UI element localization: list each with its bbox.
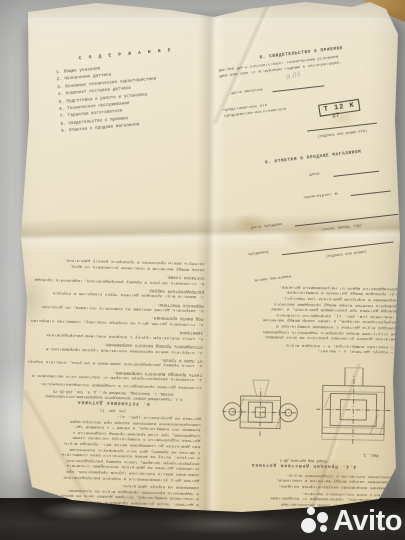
price-label: Цена — [309, 173, 320, 180]
avito-logo-dot — [307, 507, 315, 515]
text-line: 8. Установить бегунок и крышку распредел… — [28, 269, 204, 285]
date-blank-line — [272, 82, 324, 93]
install-steps: 1. Отключить аккумуляторную батарею от б… — [26, 269, 205, 381]
contents-list: 1. Общие указания2. Назначение датчика3.… — [56, 58, 203, 137]
otk-representative-label: Представитель ОТКпредприятия-изготовител… — [223, 102, 288, 120]
design-bullets: — снижение напряжения аккумуляторной бат… — [210, 469, 396, 489]
stamp-blank-line — [306, 119, 376, 132]
otk-stamp-area: Т 12 К 27 (подпись или штамп ОТК) — [296, 91, 384, 142]
text-line: 7. Вывести жгут проводов датчика через о… — [28, 283, 204, 299]
pricelist-label: Прейскурант № — [304, 192, 338, 201]
crease-highlight — [20, 18, 400, 44]
page-installation-flipped: в датчике. После установки проверить заз… — [23, 242, 206, 507]
page-design-flipped: Датчик ДМ-1 представляет собой бесконтак… — [210, 240, 401, 507]
install-paragraph: Датчик ДМ-1 устанавливается в корпусе ра… — [23, 410, 201, 482]
figure-legend: 1 — корпус датчика; 2 — магнит;3 — пласт… — [212, 340, 398, 354]
text-line: 2. Снять крышку распределителя зажигания… — [26, 352, 202, 368]
listing-photo: С О Д Е Р Ж А Н И Е 1. Общие указания2. … — [0, 0, 405, 540]
install-closing: Зазор между магнитом и пластиной установ… — [29, 255, 205, 271]
sale-date-label: Дата продажи — [251, 223, 283, 232]
sensor-figure: Рис. 1 — [211, 353, 399, 457]
avito-logo-dot — [301, 518, 316, 533]
page-contents: С О Д Е Р Ж А Н И Е 1. Общие указания2. … — [55, 46, 203, 137]
avito-logo-dot — [317, 512, 328, 523]
paper-sheet: С О Д Е Р Ж А Н И Е 1. Общие указания2. … — [0, 0, 405, 540]
text-line: 5. Установить датчик ДМ-1 на опорную пла… — [27, 311, 203, 327]
pricelist-blank-line — [350, 187, 390, 196]
avito-logo-icon — [301, 507, 328, 535]
avito-logo-dot — [320, 525, 327, 532]
design-paragraph-top: Двигатель должен устойчиво работать на в… — [213, 282, 400, 341]
price-blank-line — [333, 166, 379, 176]
stamp-date-mark: 27 — [332, 112, 340, 120]
avito-watermark: Avito — [301, 507, 402, 535]
sensor-diagram — [216, 358, 394, 453]
text-line: 6. Закрепить датчик винтами из комплекта… — [28, 297, 204, 313]
date-of-issue-label: Дата выпуска — [231, 88, 263, 97]
avito-wordmark: Avito — [333, 507, 402, 535]
text-line: 3. Открутить винты крепления контактной … — [27, 338, 203, 354]
text-line: 4. Снять контактную группу с опорной пла… — [27, 324, 203, 340]
